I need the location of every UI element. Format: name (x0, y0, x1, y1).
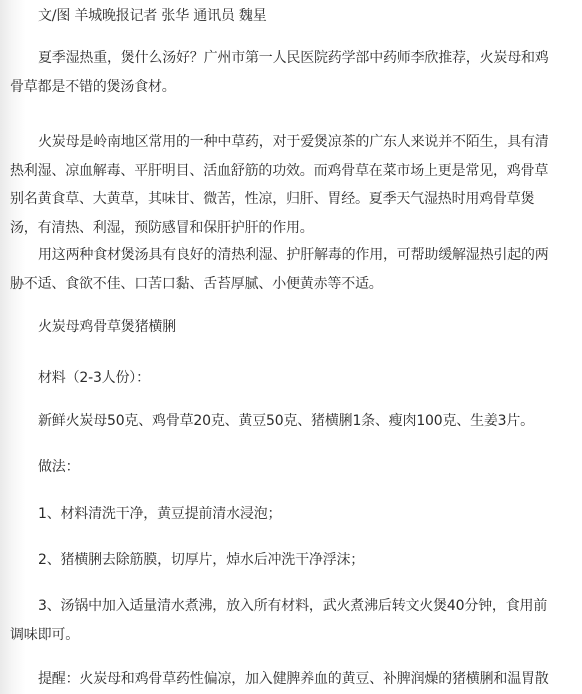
tip-paragraph: 提醒：火炭母和鸡骨草药性偏凉，加入健脾养血的黄豆、补脾润燥的猪横脷和温胃散 (10, 665, 558, 694)
intro-paragraph: 夏季湿热重，煲什么汤好？广州市第一人民医院药学部中药师李欣推荐，火炭母和鸡骨草都… (10, 44, 558, 101)
byline: 文/图 羊城晚报记者 张华 通讯员 魏星 (10, 2, 558, 31)
method-label: 做法： (10, 453, 558, 482)
ingredients-list: 新鲜火炭母50克、鸡骨草20克、黄豆50克、猪横脷1条、瘦肉100克、生姜3片。 (10, 407, 558, 436)
benefits-paragraph: 用这两种食材煲汤具有良好的清热利湿、护肝解毒的作用，可帮助缓解湿热引起的两胁不适… (10, 241, 558, 298)
method-step-3: 3、汤锅中加入适量清水煮沸，放入所有材料，武火煮沸后转文火煲40分钟，食用前调味… (10, 592, 558, 649)
method-step-2: 2、猪横脷去除筋膜，切厚片，焯水后冲洗干净浮沫； (10, 546, 558, 575)
ingredients-label: 材料（2-3人份）： (10, 364, 558, 393)
recipe-title: 火炭母鸡骨草煲猪横脷 (10, 313, 558, 342)
herb-description-paragraph: 火炭母是岭南地区常用的一种中草药，对于爱煲凉茶的广东人来说并不陌生，具有清热利湿… (10, 128, 558, 242)
method-step-1: 1、材料清洗干净，黄豆提前清水浸泡； (10, 500, 558, 529)
